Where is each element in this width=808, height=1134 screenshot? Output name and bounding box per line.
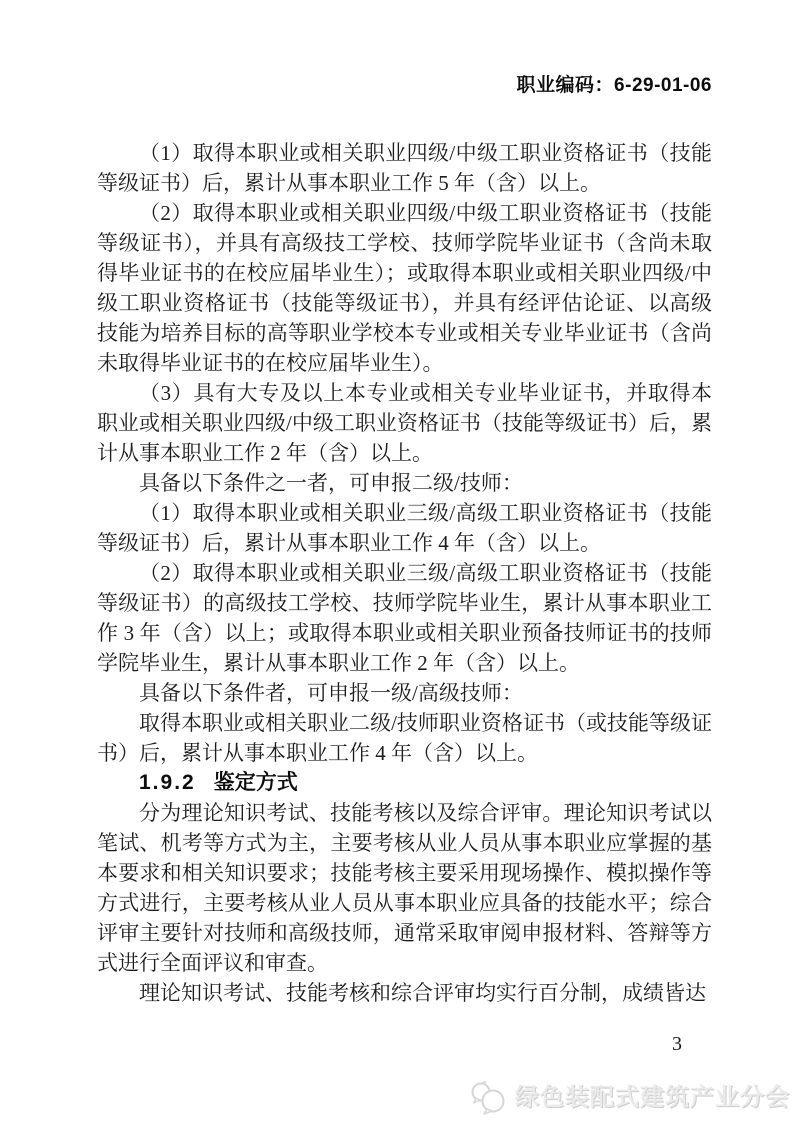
paragraph: （1）取得本职业或相关职业四级/中级工职业资格证书（技能等级证书）后，累计从事本… [97,138,712,198]
chat-bubbles-logo [469,1080,509,1116]
paragraph: 理论知识考试、技能考核和综合评审均实行百分制，成绩皆达 [97,978,712,1008]
document-body: （1）取得本职业或相关职业四级/中级工职业资格证书（技能等级证书）后，累计从事本… [97,138,712,1008]
paragraph: （3）具有大专及以上本专业或相关专业毕业证书，并取得本职业或相关职业四级/中级工… [97,378,712,468]
paragraph: （2）取得本职业或相关职业三级/高级工职业资格证书（技能等级证书）的高级技工学校… [97,558,712,678]
page-number: 3 [672,1033,682,1055]
section-heading: 1.9.2鉴定方式 [97,768,712,798]
paragraph: 具备以下条件者，可申报一级/高级技师： [97,678,712,708]
paragraph: （2）取得本职业或相关职业四级/中级工职业资格证书（技能等级证书），并具有高级技… [97,198,712,378]
paragraph: 具备以下条件之一者，可申报二级/技师： [97,468,712,498]
paragraph: 取得本职业或相关职业二级/技师职业资格证书（或技能等级证书）后，累计从事本职业工… [97,708,712,768]
paragraph: （1）取得本职业或相关职业三级/高级工职业资格证书（技能等级证书）后，累计从事本… [97,498,712,558]
brand-name: 绿色装配式建筑产业分会 [515,1083,790,1113]
paragraph: 分为理论知识考试、技能考核以及综合评审。理论知识考试以笔试、机考等方式为主，主要… [97,798,712,978]
section-title: 鉴定方式 [214,771,298,794]
footer-watermark: 绿色装配式建筑产业分会 [469,1080,790,1116]
section-number: 1.9.2 [139,771,196,794]
document-page: 职业编码：6-29-01-06 （1）取得本职业或相关职业四级/中级工职业资格证… [0,0,808,1134]
occupation-code-header: 职业编码：6-29-01-06 [517,74,712,98]
